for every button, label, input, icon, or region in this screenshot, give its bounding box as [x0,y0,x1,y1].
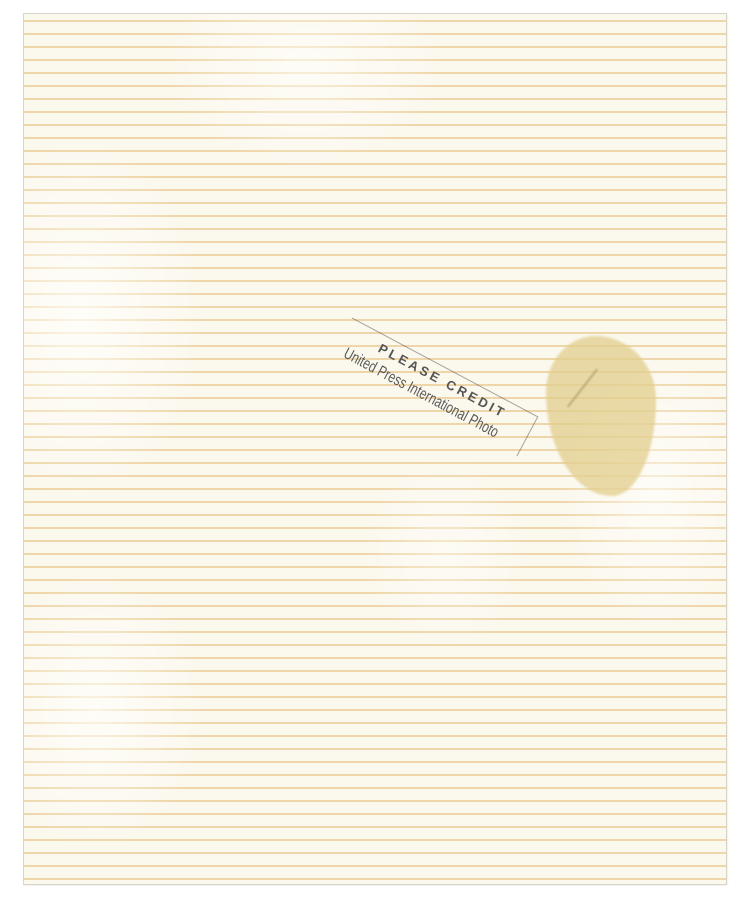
photo-back-paper: PLEASE CREDIT United Press International… [24,14,726,884]
stain [546,336,656,496]
credit-stamp: PLEASE CREDIT United Press International… [288,314,566,550]
